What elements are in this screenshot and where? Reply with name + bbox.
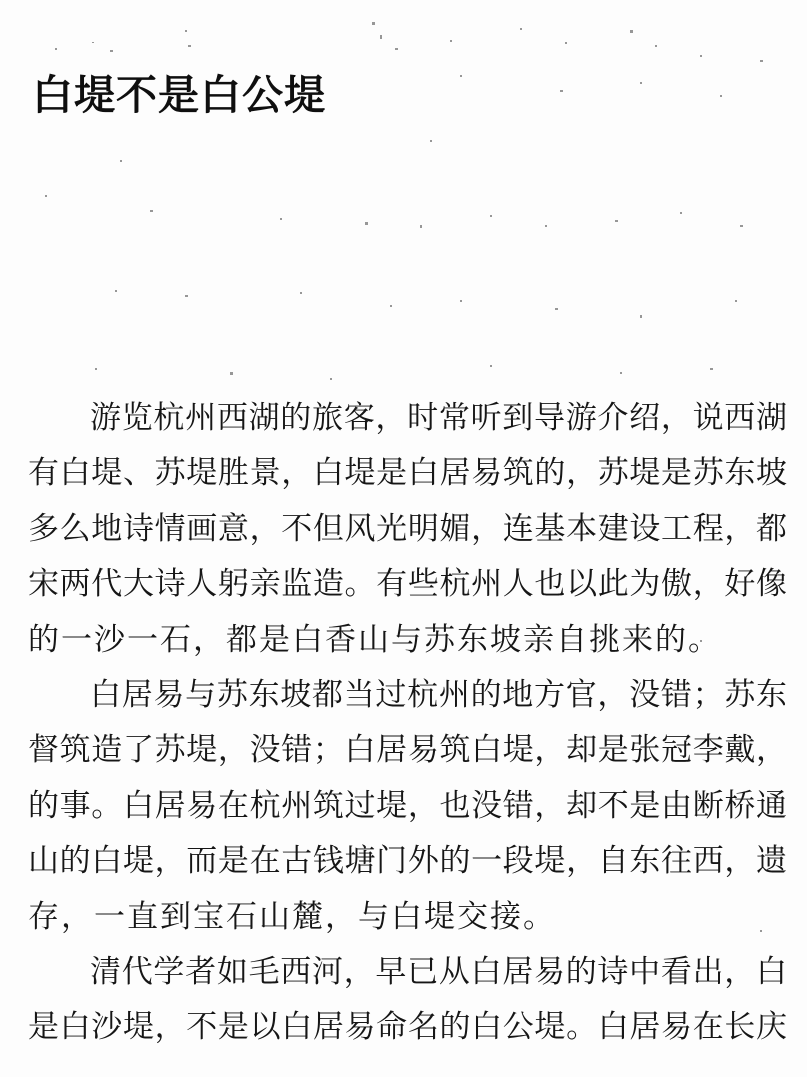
text-line: 多么地诗情画意，不但风光明媚，连基本建设工程，都是唐、 (28, 501, 787, 556)
text-line: 清代学者如毛西河，早已从白居易的诗中看出，白堤 (28, 944, 787, 999)
text-line: 山的白堤，而是在古钱塘门外的一段堤，自东往西，遗迹犹 (28, 833, 787, 888)
text-line: 督筑造了苏堤，没错；白居易筑白堤，却是张冠李戴，没有 (28, 722, 787, 777)
text-line: 白居易与苏东坡都当过杭州的地方官，没错；苏东坡监 (28, 667, 787, 722)
text-line: 的事。白居易在杭州筑过堤，也没错，却不是由断桥通向孤 (28, 778, 787, 833)
text-line: 是白沙堤，不是以白居易命名的白公堤。白居易在长庆三年 (28, 999, 787, 1054)
text-line: 有白堤、苏堤胜景，白堤是白居易筑的，苏堤是苏东坡建的。 (28, 445, 787, 500)
scanned-page: 白堤不是白公堤 游览杭州西湖的旅客，时常听到导游介绍，说西湖风光， 有白堤、苏堤… (0, 0, 807, 1077)
page-title: 白堤不是白公堤 (32, 62, 326, 121)
text-line: 的一沙一石，都是白香山与苏东坡亲自挑来的。 (28, 612, 787, 667)
text-line: 宋两代大诗人躬亲监造。有些杭州人也以此为傲，好像堤上 (28, 556, 787, 611)
text-line: 游览杭州西湖的旅客，时常听到导游介绍，说西湖风光， (28, 390, 787, 445)
text-line: 存，一直到宝石山麓，与白堤交接。 (28, 889, 787, 944)
body-text: 游览杭州西湖的旅客，时常听到导游介绍，说西湖风光， 有白堤、苏堤胜景，白堤是白居… (28, 390, 787, 1055)
